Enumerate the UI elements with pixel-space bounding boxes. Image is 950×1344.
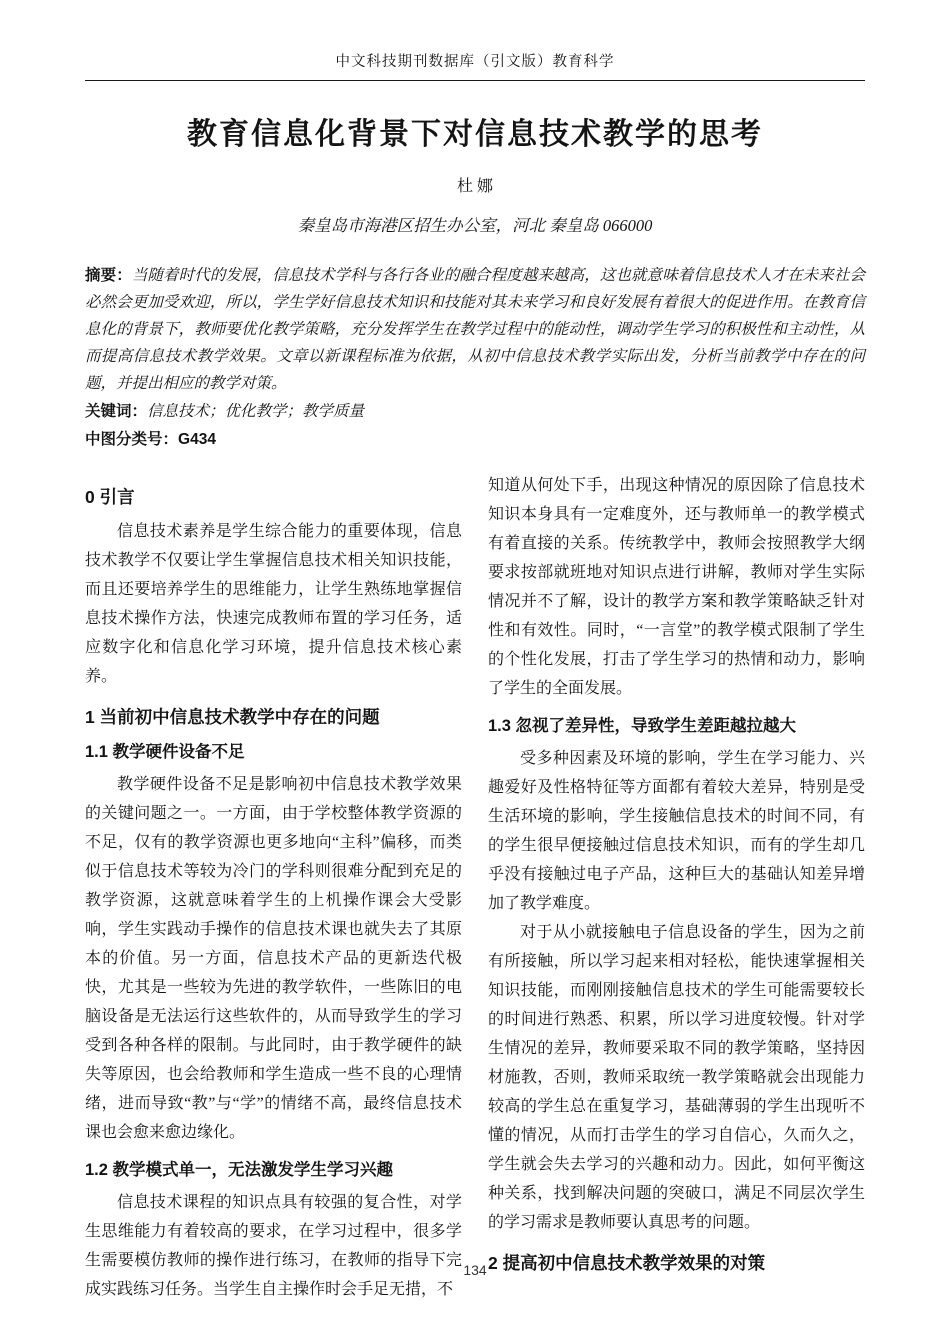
page-number: 134: [0, 1262, 950, 1278]
clc-code: G434: [178, 431, 216, 448]
author-affiliation: 秦皇岛市海港区招生办公室，河北 秦皇岛 066000: [85, 212, 865, 236]
heading-section-1: 1 当前初中信息技术教学中存在的问题: [85, 705, 462, 729]
two-column-body: 0 引言 信息技术素养是学生综合能力的重要体现，信息技术教学不仅要让学生掌握信息…: [85, 471, 865, 1304]
keywords-line: 关键词：信息技术；优化教学；教学质量: [85, 399, 865, 425]
heading-1-3: 1.3 忽视了差异性，导致学生差距越拉越大: [488, 715, 865, 738]
clc-label: 中图分类号：: [85, 431, 178, 448]
heading-intro: 0 引言: [85, 485, 462, 509]
paragraph-1-1: 教学硬件设备不足是影响初中信息技术教学效果的关键问题之一。一方面，由于学校整体教…: [85, 770, 462, 1147]
paragraph-1-2: 信息技术课程的知识点具有较强的复合性，对学生思维能力有着较高的要求，在学习过程中…: [85, 1188, 462, 1304]
left-column: 0 引言 信息技术素养是学生综合能力的重要体现，信息技术教学不仅要让学生掌握信息…: [85, 471, 462, 1304]
right-column: 知道从何处下手，出现这种情况的原因除了信息技术知识本身具有一定难度外，还与教师单…: [488, 471, 865, 1304]
paragraph-1-3-a: 受多种因素及环境的影响，学生在学习能力、兴趣爱好及性格特征等方面都有着较大差异，…: [488, 744, 865, 918]
keywords-text: 信息技术；优化教学；教学质量: [147, 403, 364, 420]
abstract-block: 摘要：当随着时代的发展，信息技术学科与各行各业的融合程度越来越高，这也就意味着信…: [85, 262, 865, 397]
author-name: 杜 娜: [85, 173, 865, 196]
paragraph-intro: 信息技术素养是学生综合能力的重要体现，信息技术教学不仅要让学生掌握信息技术相关知…: [85, 517, 462, 691]
paragraph-1-2-continued: 知道从何处下手，出现这种情况的原因除了信息技术知识本身具有一定难度外，还与教师单…: [488, 471, 865, 703]
journal-running-head: 中文科技期刊数据库（引文版）教育科学: [85, 50, 865, 81]
keywords-label: 关键词：: [85, 403, 147, 420]
paper-page: 中文科技期刊数据库（引文版）教育科学 教育信息化背景下对信息技术教学的思考 杜 …: [0, 0, 950, 1344]
abstract-text: 当随着时代的发展，信息技术学科与各行各业的融合程度越来越高，这也就意味着信息技术…: [85, 267, 865, 392]
heading-1-2: 1.2 教学模式单一，无法激发学生学习兴趣: [85, 1159, 462, 1182]
paper-title: 教育信息化背景下对信息技术教学的思考: [85, 109, 865, 153]
abstract-label: 摘要：: [85, 267, 132, 284]
paragraph-1-3-b: 对于从小就接触电子信息设备的学生，因为之前有所接触，所以学习起来相对轻松，能快速…: [488, 918, 865, 1237]
clc-line: 中图分类号：G434: [85, 427, 865, 453]
heading-1-1: 1.1 教学硬件设备不足: [85, 741, 462, 764]
